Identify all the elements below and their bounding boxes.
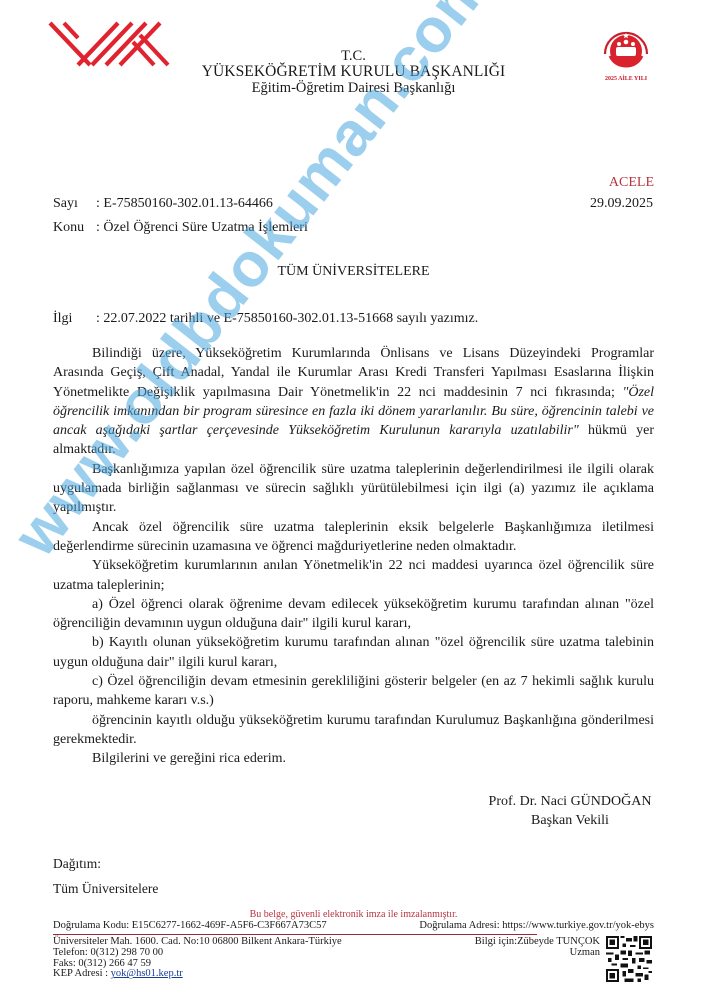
signature-block: Prof. Dr. Naci GÜNDOĞAN Başkan Vekili <box>470 792 670 830</box>
sayi-label: Sayı <box>53 196 96 212</box>
phone: Telefon: 0(312) 298 70 00 <box>53 948 342 959</box>
footer-divider <box>53 934 537 935</box>
konu-value: : Özel Öğrenci Süre Uzatma İşlemleri <box>96 220 308 235</box>
kep-row: KEP Adresi : yok@hs01.kep.tr <box>53 969 342 980</box>
verification-code: Doğrulama Kodu: E15C6277-1662-469F-A5F6-… <box>53 920 327 932</box>
header-tc: T.C. <box>0 48 707 64</box>
distribution-value: Tüm Üniversitelere <box>53 876 158 901</box>
header-department: Eğitim-Öğretim Dairesi Başkanlığı <box>0 80 707 96</box>
kep-link[interactable]: yok@hs01.kep.tr <box>111 968 183 979</box>
info-contact-block: Bilgi için:Zübeyde TUNÇOK Uzman <box>475 937 600 959</box>
signer-title: Başkan Vekili <box>470 811 670 830</box>
document-date: 29.09.2025 <box>590 196 653 212</box>
signer-name: Prof. Dr. Naci GÜNDOĞAN <box>470 792 670 811</box>
ilgi-value: : 22.07.2022 tarihli ve E-75850160-302.0… <box>96 311 478 326</box>
paragraph-4: Yükseköğretim kurumlarının anılan Yönetm… <box>53 556 654 595</box>
header-institution: YÜKSEKÖĞRETİM KURULU BAŞKANLIĞI <box>0 64 707 80</box>
konu-row: Konu: Özel Öğrenci Süre Uzatma İşlemleri <box>53 220 308 236</box>
paragraph-2: Başkanlığımıza yapılan özel öğrencilik s… <box>53 460 654 518</box>
contact-block: Üniversiteler Mah. 1600. Cad. No:10 0680… <box>53 937 342 980</box>
recipient-heading: TÜM ÜNİVERSİTELERE <box>0 264 707 280</box>
esign-note: Bu belge, güvenli elektronik imza ile im… <box>0 909 707 920</box>
distribution-label: Dağıtım: <box>53 851 158 876</box>
ilgi-label: İlgi <box>53 311 96 327</box>
info-title: Uzman <box>475 948 600 959</box>
list-item-a: a) Özel öğrenci olarak öğrenime devam ed… <box>53 595 654 634</box>
urgency-label: ACELE <box>609 175 654 191</box>
letter-body: Bilindiği üzere, Yükseköğretim Kurumları… <box>53 344 654 769</box>
konu-label: Konu <box>53 220 96 236</box>
sayi-row: Sayı: E-75850160-302.01.13-64466 <box>53 196 273 212</box>
paragraph-3: Ancak özel öğrencilik süre uzatma talepl… <box>53 518 654 557</box>
distribution-block: Dağıtım: Tüm Üniversitelere <box>53 851 158 901</box>
paragraph-5: öğrencinin kayıtlı olduğu yükseköğretim … <box>53 711 654 750</box>
paragraph-1: Bilindiği üzere, Yükseköğretim Kurumları… <box>53 344 654 460</box>
letterhead: T.C. YÜKSEKÖĞRETİM KURULU BAŞKANLIĞI Eği… <box>0 48 707 96</box>
ilgi-row: İlgi: 22.07.2022 tarihli ve E-75850160-3… <box>53 311 478 327</box>
qr-code-icon[interactable] <box>606 936 652 982</box>
paragraph-6: Bilgilerini ve gereğini rica ederim. <box>53 749 654 768</box>
verification-address: Doğrulama Adresi: https://www.turkiye.go… <box>419 920 654 931</box>
sayi-value: : E-75850160-302.01.13-64466 <box>96 196 273 211</box>
list-item-c: c) Özel öğrenciliğin devam etmesinin ger… <box>53 672 654 711</box>
list-item-b: b) Kayıtlı olunan yükseköğretim kurumu t… <box>53 633 654 672</box>
